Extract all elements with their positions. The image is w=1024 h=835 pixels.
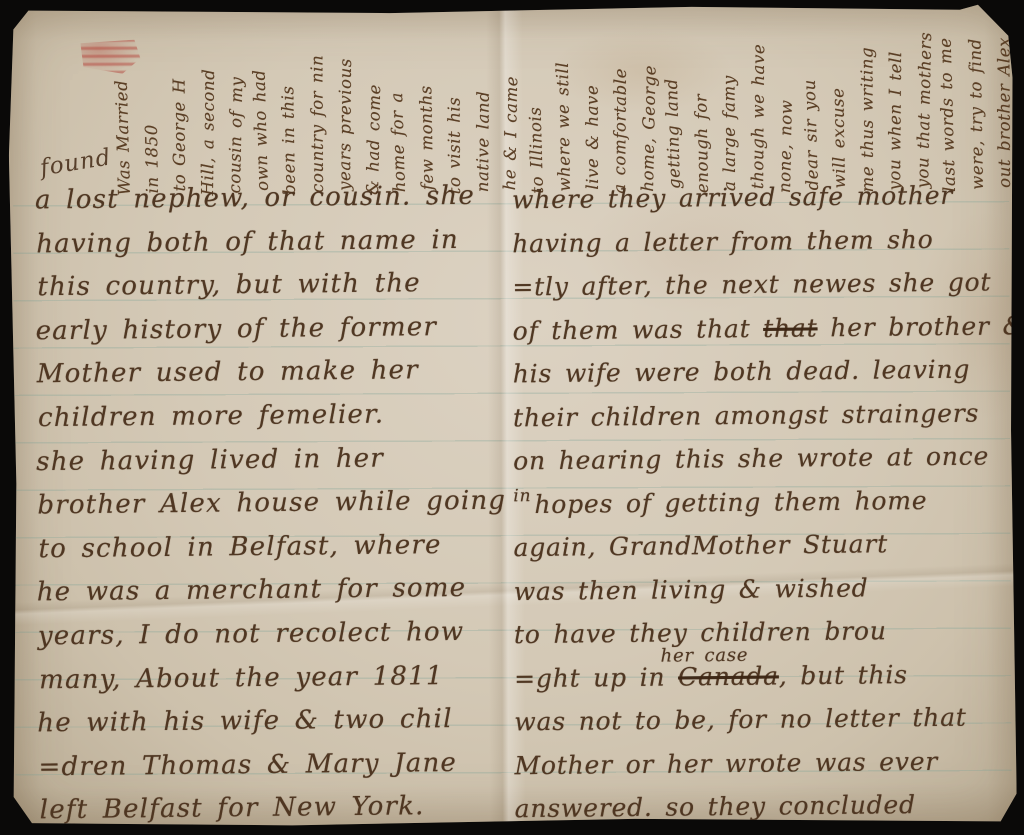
handwritten-line-left-2: having both of that name in [36,225,459,259]
line-text: to have they children brou [514,616,887,649]
handwritten-line-left-9: to school in Belfast, where [38,530,441,564]
handwritten-line-right-3: =tly after, the next newes she got [512,267,991,301]
handwritten-line-left-14: =dren Thomas & Mary Jane [38,748,457,782]
letter-page: found Was Marriedin 1850to George HHill,… [6,4,1018,828]
line-text: having a letter from them sho [512,224,934,257]
handwritten-line-left-5: Mother used to make her [37,356,419,390]
handwritten-line-right-15: answered. so they concluded [515,790,916,823]
handwritten-line-left-10: he was a merchant for some [37,573,467,607]
handwritten-line-right-13: was not to be, for no letter that [514,703,967,737]
line-text: hopes of getting them home [534,485,927,518]
line-text: of them was that [512,313,763,345]
line-text: , but this [779,660,908,690]
line-text: =ght up in [514,662,678,693]
handwritten-line-right-14: Mother or her wrote was ever [514,746,938,779]
line-text: her brother & [817,311,1024,342]
sup-text: in [513,486,531,506]
handwritten-line-right-4: of them was that that her brother & [512,311,1024,345]
handwritten-line-left-6: children more femelier. [38,400,385,434]
handwritten-line-left-3: this country, but with the [37,268,421,302]
line-text: his wife were both dead. leaving [513,355,971,389]
handwritten-line-left-8: brother Alex house while going [37,486,506,521]
handwritten-line-right-7: on hearing this she wrote at once [513,441,989,475]
handwritten-line-right-10: was then living & wished [514,573,869,606]
line-text: where they arrived safe mother [512,181,953,215]
line-text: =tly after, the next newes she got [512,267,991,301]
handwritten-line-left-13: he with his wife & two chil [37,704,453,738]
handwritten-line-left-15: left Belfast for New York. [40,792,425,826]
handwritten-line-left-11: years, I do not recolect how [38,617,465,651]
handwritten-line-right-1: where they arrived safe mother [512,181,953,215]
line-text: was then living & wished [514,573,869,606]
handwritten-line-right-6: their children amongst straingers [513,398,979,432]
handwritten-line-right-8: inhopes of getting them home [513,485,927,518]
line-text: was not to be, for no letter that [514,703,967,737]
handwritten-line-right-11: to have they children brou [514,616,887,649]
handwritten-line-left-12: many, About the year 1811 [39,661,444,695]
handwritten-line-right-12: =ght up in Canadaher case, but this [514,660,908,693]
line-text: Mother or her wrote was ever [514,746,938,779]
line-text: on hearing this she wrote at once [513,441,989,475]
left-page-lines: a lost nephew, or cousin. shehaving both… [34,6,513,828]
handwritten-line-left-7: she having lived in her [36,443,384,477]
right-page-lines: where they arrived safe motherhaving a l… [511,4,1024,826]
line-text: their children amongst straingers [513,398,979,432]
scanned-letter-photo: { "colors":{ "background":"#0a0908", "pa… [0,0,1024,835]
line-text: again, GrandMother Stuart [513,529,888,562]
struck-text: that [763,313,818,343]
handwritten-line-left-1: a lost nephew, or cousin. she [35,181,475,216]
line-text: answered. so they concluded [515,790,916,823]
handwritten-line-left-4: early history of the former [35,312,437,346]
handwritten-line-right-9: again, GrandMother Stuart [513,529,888,562]
handwritten-line-right-2: having a letter from them sho [512,224,934,257]
handwritten-line-right-5: his wife were both dead. leaving [513,355,971,389]
